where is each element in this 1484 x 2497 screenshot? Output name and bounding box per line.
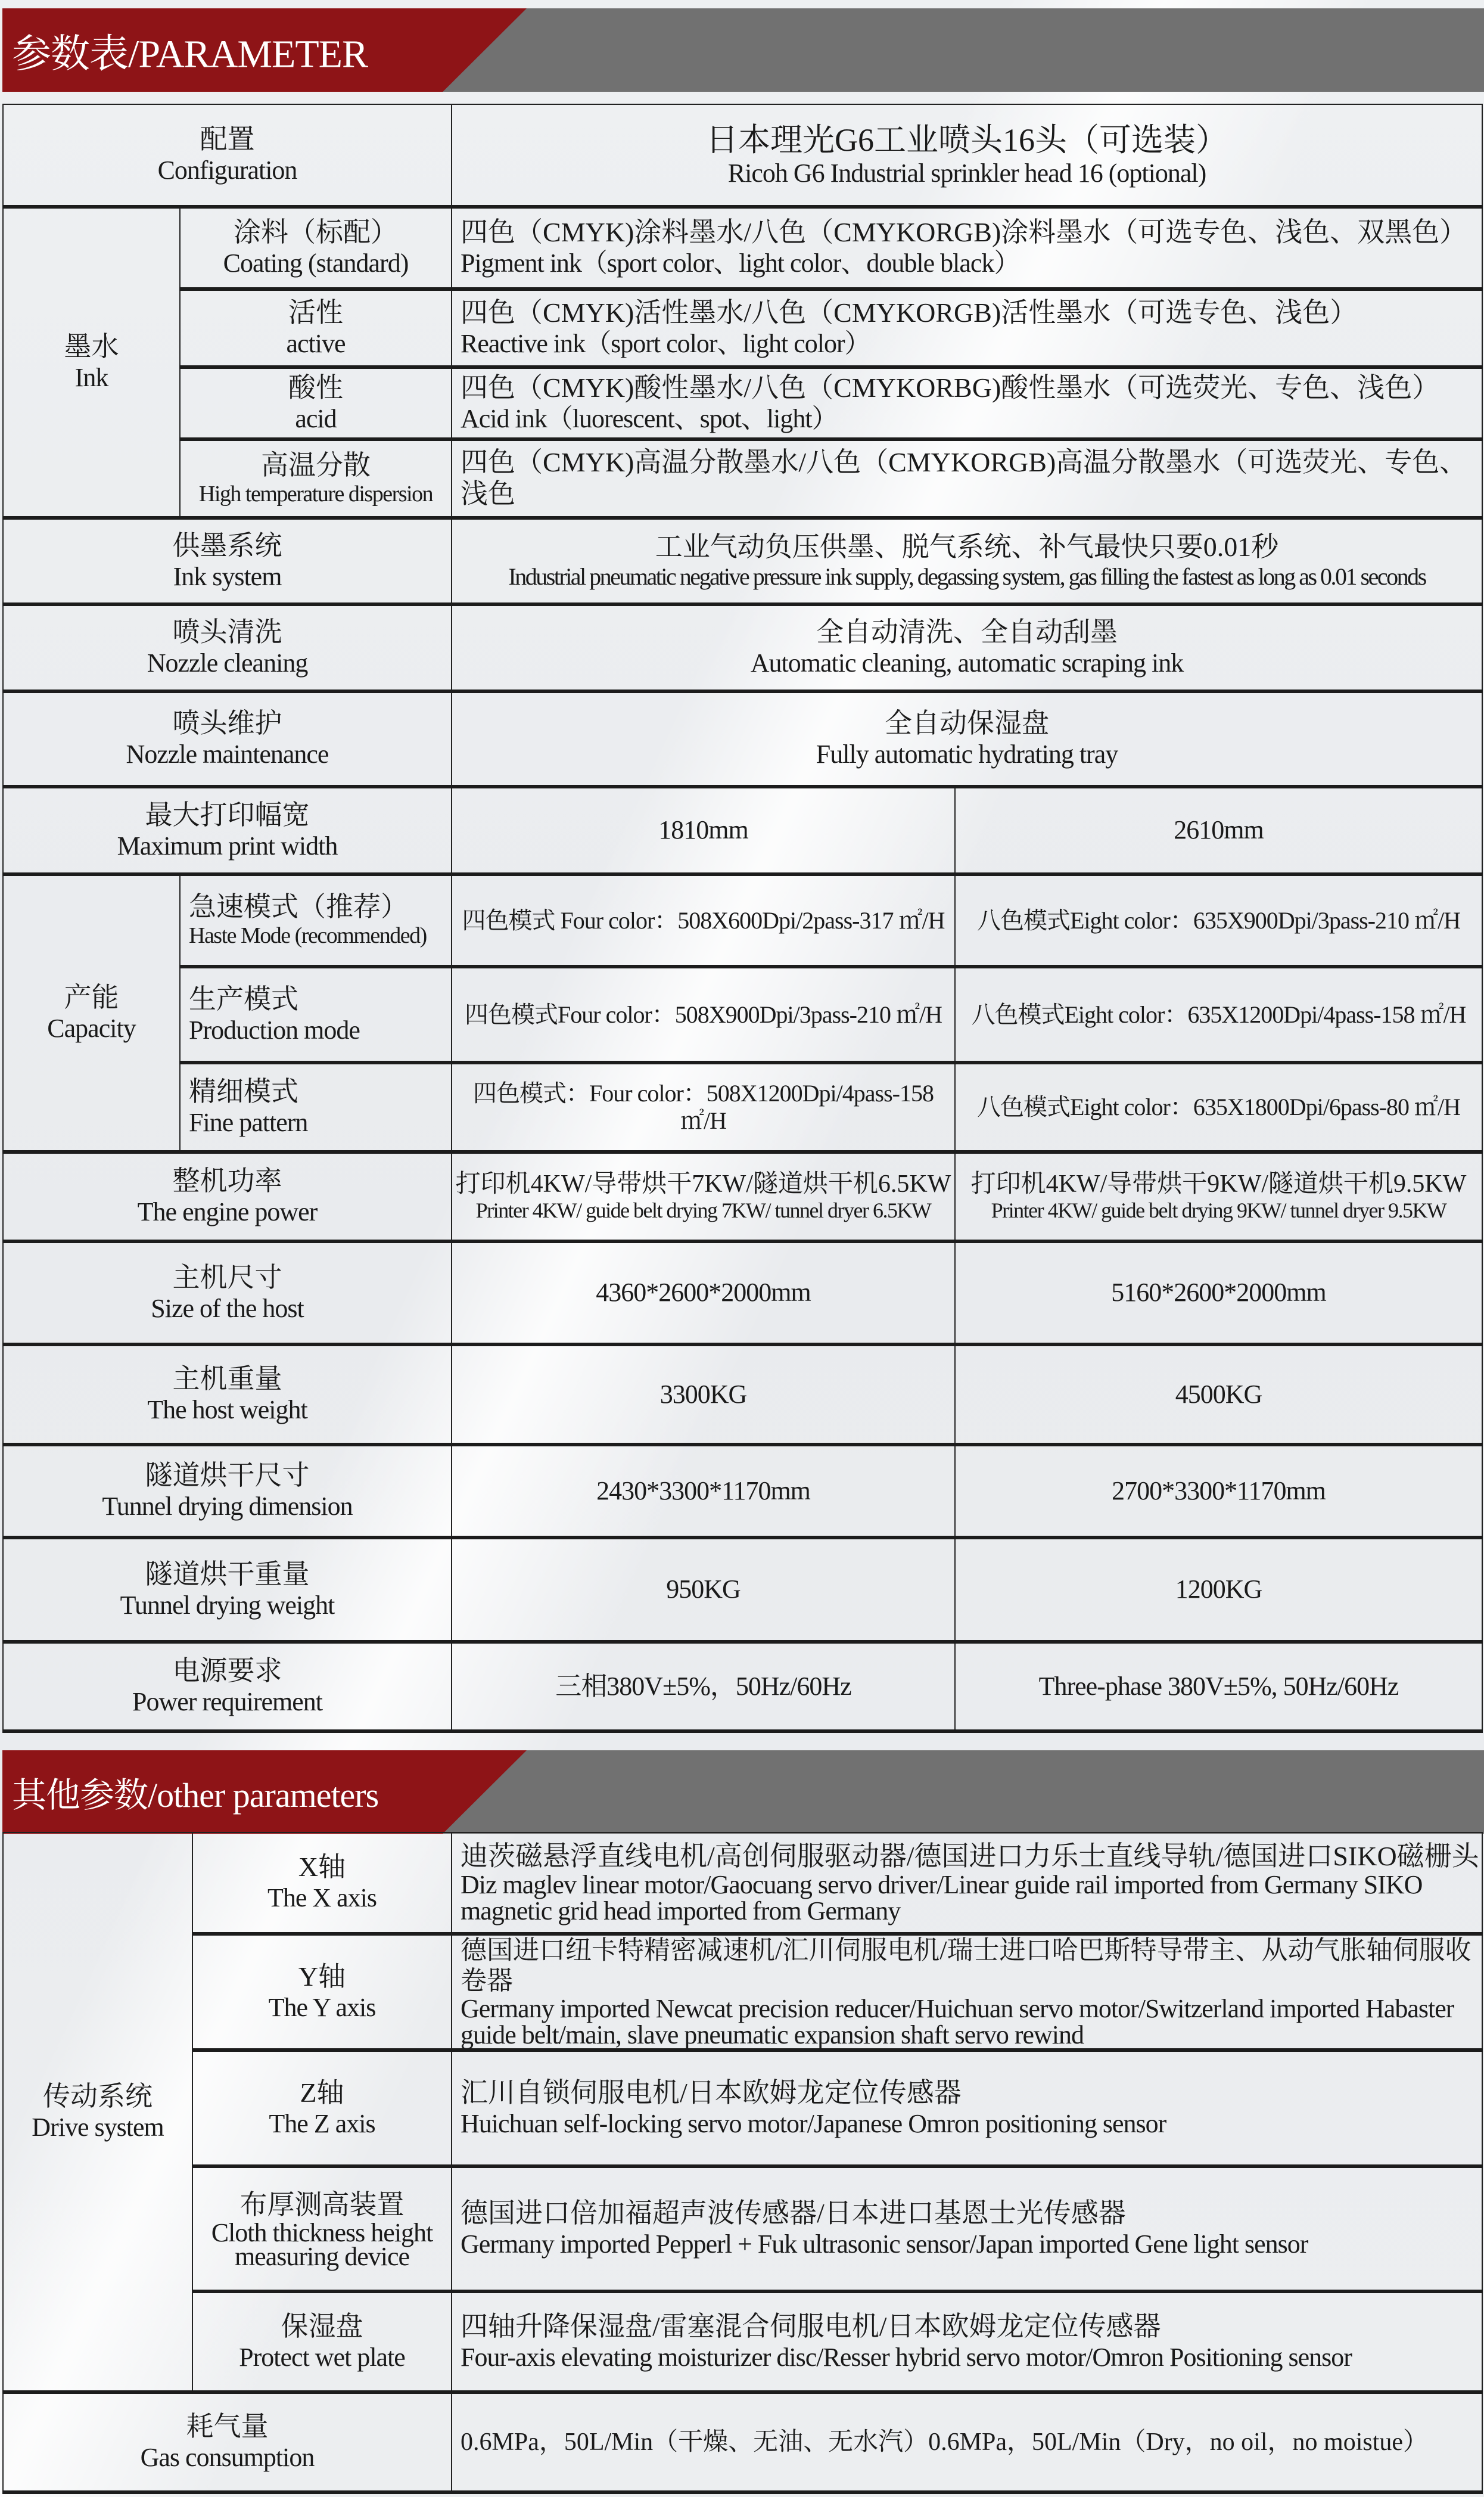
row-nozzle-cleaning: 喷头清洗Nozzle cleaning 全自动清洗、全自动刮墨Automatic… [3,604,1482,691]
value-zh: 工业气动负压供墨、脱气系统、补气最快只要0.01秒 [452,532,1482,563]
value-cell: 5160*2600*2000mm [955,1241,1482,1344]
value-cell: 3300KG [452,1344,955,1445]
label-en: Ink system [4,562,451,592]
label-zh: 布厚测高装置 [193,2189,451,2221]
value-zh: 打印机4KW/导带烘干9KW/隧道烘干机9.5KW [956,1170,1482,1198]
label-zh: 喷头维护 [4,708,451,740]
sub-label-cell: 生产模式Production mode [180,967,452,1063]
parameter-banner: 参数表/PARAMETER [0,8,1484,92]
label-zh: 产能 [4,982,179,1014]
value: 2430*3300*1170mm [452,1476,954,1507]
value-zh: 德国进口倍加福超声波传感器/日本进口基恩士光传感器 [461,2198,1482,2229]
value-cell: 四色（CMYK)活性墨水/八色（CMYKORGB)活性墨水（可选专色、浅色）Re… [452,289,1482,367]
label-cell: 最大打印幅宽Maximum print width [3,787,452,874]
label-cell: 隧道烘干尺寸Tunnel drying dimension [3,1445,452,1538]
row-capacity-haste: 产能Capacity 急速模式（推荐）Haste Mode (recommend… [3,874,1482,967]
value-cell: 四色（CMYK)高温分散墨水/八色（CMYKORGB)高温分散墨水（可选荧光、专… [452,439,1482,518]
value: 3300KG [452,1380,954,1410]
sub-label-cell: 布厚测高装置Cloth thickness height measuring d… [192,2166,452,2291]
value-cell: 八色模式Eight color：635X1200Dpi/4pass-158 ㎡/… [955,967,1482,1063]
label-en: The host weight [4,1395,451,1425]
label-zh: 活性 [181,297,451,329]
value: 2610mm [956,815,1482,846]
value-zh: 四轴升降保湿盘/雷塞混合伺服电机/日本欧姆龙定位传感器 [461,2311,1482,2343]
label-en: acid [181,404,451,434]
value-cell: 四色（CMYK)涂料墨水/八色（CMYKORGB)涂料墨水（可选专色、浅色、双黑… [452,207,1482,289]
value-cell: 1200KG [955,1538,1482,1642]
row-ink-coating: 墨水Ink 涂料（标配）Coating (standard) 四色（CMYK)涂… [3,207,1482,289]
value-en: Fully automatic hydrating tray [452,740,1482,770]
value: 1200KG [956,1574,1482,1605]
value-cell: 全自动清洗、全自动刮墨Automatic cleaning, automatic… [452,604,1482,691]
row-ink-system: 供墨系统Ink system 工业气动负压供墨、脱气系统、补气最快只要0.01秒… [3,518,1482,604]
label-zh: 整机功率 [4,1166,451,1197]
label-zh: Z轴 [193,2077,451,2109]
label-en: Capacity [4,1014,179,1044]
value: 八色模式Eight color：635X900Dpi/3pass-210 ㎡/H [977,907,1460,934]
value: 四色模式：Four color：508X1200Dpi/4pass-158 ㎡/… [473,1080,934,1134]
value-cell: 打印机4KW/导带烘干7KW/隧道烘干机6.5KWPrinter 4KW/ gu… [452,1152,955,1241]
value: 八色模式Eight color：635X1200Dpi/4pass-158 ㎡/… [971,1001,1466,1028]
value-cell: 4500KG [955,1344,1482,1445]
label-cell: 配置Configuration [3,104,452,207]
row-protect-wet-plate: 保湿盘Protect wet plate 四轴升降保湿盘/雷塞混合伺服电机/日本… [3,2291,1482,2392]
label-en: Production mode [189,1015,451,1046]
value: 950KG [452,1574,954,1605]
value-zh: 全自动清洗、全自动刮墨 [452,617,1482,648]
banner-title: 参数表/PARAMETER [12,22,368,79]
value: 四色模式 Four color：508X600Dpi/2pass-317 ㎡/H [462,907,945,934]
row-max-print-width: 最大打印幅宽Maximum print width 1810mm 2610mm [3,787,1482,874]
value-cell-2610: 2610mm [955,787,1482,874]
label-en: Ink [4,363,179,393]
value-zh: 四色（CMYK)高温分散墨水/八色（CMYKORGB)高温分散墨水（可选荧光、专… [461,447,1482,510]
value-zh: 日本理光G6工业喷头16头（可选装） [452,122,1482,159]
row-tunnel-size: 隧道烘干尺寸Tunnel drying dimension 2430*3300*… [3,1445,1482,1538]
sub-label-cell: Y轴The Y axis [192,1934,452,2050]
value-cell: 汇川自锁伺服电机/日本欧姆龙定位传感器Huichuan self-locking… [452,2050,1482,2166]
row-engine-power: 整机功率The engine power 打印机4KW/导带烘干7KW/隧道烘干… [3,1152,1482,1241]
value-en: Industrial pneumatic negative pressure i… [452,563,1482,591]
value: 0.6MPa，50L/Min（干燥、无油、无水汽）0.6MPa，50L/Min（… [461,2428,1482,2456]
label-zh: Y轴 [193,1961,451,1993]
label-zh: 喷头清洗 [4,617,451,648]
value-cell: 950KG [452,1538,955,1642]
label-cell: 隧道烘干重量Tunnel drying weight [3,1538,452,1642]
label-cell: 整机功率The engine power [3,1152,452,1241]
value-cell: 工业气动负压供墨、脱气系统、补气最快只要0.01秒Industrial pneu… [452,518,1482,604]
value-en: Printer 4KW/ guide belt drying 7KW/ tunn… [452,1198,954,1223]
sub-label-cell: 精细模式Fine pattern [180,1063,452,1152]
row-capacity-production: 生产模式Production mode 四色模式Four color：508X9… [3,967,1482,1063]
value-cell: 2430*3300*1170mm [452,1445,955,1538]
label-en: The engine power [4,1197,451,1228]
label-en: Protect wet plate [193,2343,451,2373]
row-tunnel-weight: 隧道烘干重量Tunnel drying weight 950KG 1200KG [3,1538,1482,1642]
value: 2700*3300*1170mm [956,1476,1482,1507]
value-en: Printer 4KW/ guide belt drying 9KW/ tunn… [956,1198,1482,1223]
value-zh: 全自动保湿盘 [452,708,1482,740]
value-cell: 四色（CMYK)酸性墨水/八色（CMYKORBG)酸性墨水（可选荧光、专色、浅色… [452,367,1482,439]
row-host-weight: 主机重量The host weight 3300KG 4500KG [3,1344,1482,1445]
value-cell: 德国进口纽卡特精密减速机/汇川伺服电机/瑞士进口哈巴斯特导带主、从动气胀轴伺服收… [452,1934,1482,2050]
label-cell: 主机尺寸Size of the host [3,1241,452,1344]
label-en: Haste Mode (recommended) [189,923,451,949]
other-parameters-banner: 其他参数/other parameters [0,1750,1484,1834]
value: Three-phase 380V±5%, 50Hz/60Hz [956,1672,1482,1702]
label-en: Nozzle cleaning [4,648,451,679]
value: 三相380V±5%，50Hz/60Hz [452,1672,954,1702]
value-cell: 四轴升降保湿盘/雷塞混合伺服电机/日本欧姆龙定位传感器Four-axis ele… [452,2291,1482,2392]
value-en: Ricoh G6 Industrial sprinkler head 16 (o… [452,159,1482,189]
value-cell: 迪茨磁悬浮直线电机/高创伺服驱动器/德国进口力乐士直线导轨/德国进口SIKO磁栅… [452,1833,1482,1934]
label-zh: 隧道烘干尺寸 [4,1460,451,1492]
label-zh: 高温分散 [181,450,451,482]
value-cell: 2700*3300*1170mm [955,1445,1482,1538]
label-zh: 耗气量 [4,2411,451,2443]
label-zh: 急速模式（推荐） [189,892,451,923]
label-cell: 耗气量Gas consumption [3,2392,452,2492]
label-zh: 涂料（标配） [181,217,451,249]
value-en: Huichuan self-locking servo motor/Japane… [461,2109,1482,2139]
label-zh: 隧道烘干重量 [4,1559,451,1591]
label-cell: 主机重量The host weight [3,1344,452,1445]
label-en: Gas consumption [4,2443,451,2473]
label-zh: 酸性 [181,372,451,404]
value-cell: 四色模式Four color：508X900Dpi/3pass-210 ㎡/H [452,967,955,1063]
row-ink-high-temp: 高温分散High temperature dispersion 四色（CMYK)… [3,439,1482,518]
value-cell: 八色模式Eight color：635X1800Dpi/6pass-80 ㎡/H [955,1063,1482,1152]
row-nozzle-maintenance: 喷头维护Nozzle maintenance 全自动保湿盘Fully autom… [3,691,1482,787]
label-zh: 传动系统 [4,2081,192,2113]
value-cell: 打印机4KW/导带烘干9KW/隧道烘干机9.5KWPrinter 4KW/ gu… [955,1152,1482,1241]
sub-label-cell: X轴The X axis [192,1833,452,1934]
value-zh: 汇川自锁伺服电机/日本欧姆龙定位传感器 [461,2077,1482,2109]
label-en: The X axis [193,1883,451,1914]
value: 1810mm [452,815,954,846]
label-en: High temperature dispersion [181,482,451,508]
value-cell: 全自动保湿盘Fully automatic hydrating tray [452,691,1482,787]
value-cell-1810: 1810mm [452,787,955,874]
label-cell: 电源要求Power requirement [3,1642,452,1731]
label-en: The Y axis [193,1993,451,2023]
value-en: Diz maglev linear motor/Gaocuang servo d… [461,1872,1482,1924]
value-cell: 四色模式：Four color：508X1200Dpi/4pass-158 ㎡/… [452,1063,955,1152]
value-cell: 0.6MPa，50L/Min（干燥、无油、无水汽）0.6MPa，50L/Min（… [452,2392,1482,2492]
label-zh: 最大打印幅宽 [4,800,451,831]
value-en: Germany imported Newcat precision reduce… [461,1996,1482,2048]
value-cell: 4360*2600*2000mm [452,1241,955,1344]
label-en: Maximum print width [4,831,451,862]
label-zh: 配置 [4,124,451,156]
sub-label-cell: 高温分散High temperature dispersion [180,439,452,518]
label-zh: 主机尺寸 [4,1262,451,1294]
ink-group-label: 墨水Ink [3,207,180,518]
label-en: Coating (standard) [181,249,451,279]
row-y-axis: Y轴The Y axis 德国进口纽卡特精密减速机/汇川伺服电机/瑞士进口哈巴斯… [3,1934,1482,2050]
label-zh: X轴 [193,1852,451,1883]
value-en: Automatic cleaning, automatic scraping i… [452,648,1482,679]
label-zh: 生产模式 [189,984,451,1015]
banner-title: 其他参数/other parameters [12,1767,378,1817]
row-ink-acid: 酸性acid 四色（CMYK)酸性墨水/八色（CMYKORBG)酸性墨水（可选荧… [3,367,1482,439]
label-en: active [181,329,451,359]
label-en: Configuration [4,156,451,186]
row-ink-active: 活性active 四色（CMYK)活性墨水/八色（CMYKORGB)活性墨水（可… [3,289,1482,367]
sub-label-cell: 酸性acid [180,367,452,439]
value-zh: 德国进口纽卡特精密减速机/汇川伺服电机/瑞士进口哈巴斯特导带主、从动气胀轴伺服收… [461,1936,1482,1996]
label-zh: 主机重量 [4,1364,451,1395]
value-en: Reactive ink（sport color、light color） [461,329,1482,359]
row-gas-consumption: 耗气量Gas consumption 0.6MPa，50L/Min（干燥、无油、… [3,2392,1482,2492]
value-cell: Three-phase 380V±5%, 50Hz/60Hz [955,1642,1482,1731]
value-cell: 八色模式Eight color：635X900Dpi/3pass-210 ㎡/H [955,874,1482,967]
value-cell: 日本理光G6工业喷头16头（可选装）Ricoh G6 Industrial sp… [452,104,1482,207]
label-zh: 精细模式 [189,1076,451,1108]
row-capacity-fine: 精细模式Fine pattern 四色模式：Four color：508X120… [3,1063,1482,1152]
label-en: Cloth thickness height measuring device [193,2221,451,2268]
label-cell: 喷头维护Nozzle maintenance [3,691,452,787]
sub-label-cell: Z轴The Z axis [192,2050,452,2166]
label-en: Tunnel drying dimension [4,1492,451,1522]
value: 4360*2600*2000mm [452,1278,954,1308]
label-en: The Z axis [193,2109,451,2139]
label-zh: 电源要求 [4,1656,451,1687]
value-en: Four-axis elevating moisturizer disc/Res… [461,2343,1482,2373]
value: 4500KG [956,1380,1482,1410]
value-cell: 德国进口倍加福超声波传感器/日本进口基恩士光传感器Germany importe… [452,2166,1482,2291]
drive-system-label: 传动系统Drive system [3,1833,192,2392]
sub-label-cell: 急速模式（推荐）Haste Mode (recommended) [180,874,452,967]
label-zh: 墨水 [4,331,179,363]
other-parameters-table: 传动系统Drive system X轴The X axis 迪茨磁悬浮直线电机/… [2,1832,1483,2494]
row-x-axis: 传动系统Drive system X轴The X axis 迪茨磁悬浮直线电机/… [3,1833,1482,1934]
value: 四色模式Four color：508X900Dpi/3pass-210 ㎡/H [465,1001,942,1028]
value: 八色模式Eight color：635X1800Dpi/6pass-80 ㎡/H [977,1094,1460,1120]
label-en: Nozzle maintenance [4,740,451,770]
label-cell: 供墨系统Ink system [3,518,452,604]
label-cell: 喷头清洗Nozzle cleaning [3,604,452,691]
row-z-axis: Z轴The Z axis 汇川自锁伺服电机/日本欧姆龙定位传感器Huichuan… [3,2050,1482,2166]
row-power-requirement: 电源要求Power requirement 三相380V±5%，50Hz/60H… [3,1642,1482,1731]
value-en: Acid ink（luorescent、spot、light） [461,404,1482,434]
sub-label-cell: 保湿盘Protect wet plate [192,2291,452,2392]
value-zh: 打印机4KW/导带烘干7KW/隧道烘干机6.5KW [452,1170,954,1198]
capacity-group-label: 产能Capacity [3,874,180,1152]
label-en: Power requirement [4,1687,451,1718]
value-cell: 四色模式 Four color：508X600Dpi/2pass-317 ㎡/H [452,874,955,967]
parameter-table: 配置Configuration 日本理光G6工业喷头16头（可选装）Ricoh … [2,104,1483,1733]
sub-label-cell: 活性active [180,289,452,367]
row-host-size: 主机尺寸Size of the host 4360*2600*2000mm 51… [3,1241,1482,1344]
value-zh: 四色（CMYK)涂料墨水/八色（CMYKORGB)涂料墨水（可选专色、浅色、双黑… [461,217,1482,249]
value-zh: 四色（CMYK)酸性墨水/八色（CMYKORBG)酸性墨水（可选荧光、专色、浅色… [461,372,1482,404]
label-en: Drive system [4,2113,192,2143]
value-cell: 三相380V±5%，50Hz/60Hz [452,1642,955,1731]
label-en: Size of the host [4,1294,451,1324]
label-en: Fine pattern [189,1108,451,1138]
label-zh: 供墨系统 [4,530,451,562]
value-en: Germany imported Pepperl + Fuk ultrasoni… [461,2229,1482,2260]
label-en: Tunnel drying weight [4,1591,451,1621]
value-en: Pigment ink（sport color、light color、doub… [461,249,1482,279]
value: 5160*2600*2000mm [956,1278,1482,1308]
label-zh: 保湿盘 [193,2311,451,2343]
value-zh: 迪茨磁悬浮直线电机/高创伺服驱动器/德国进口力乐士直线导轨/德国进口SIKO磁栅… [461,1841,1482,1872]
value-zh: 四色（CMYK)活性墨水/八色（CMYKORGB)活性墨水（可选专色、浅色） [461,297,1482,329]
sub-label-cell: 涂料（标配）Coating (standard) [180,207,452,289]
row-cloth-thickness: 布厚测高装置Cloth thickness height measuring d… [3,2166,1482,2291]
row-configuration: 配置Configuration 日本理光G6工业喷头16头（可选装）Ricoh … [3,104,1482,207]
